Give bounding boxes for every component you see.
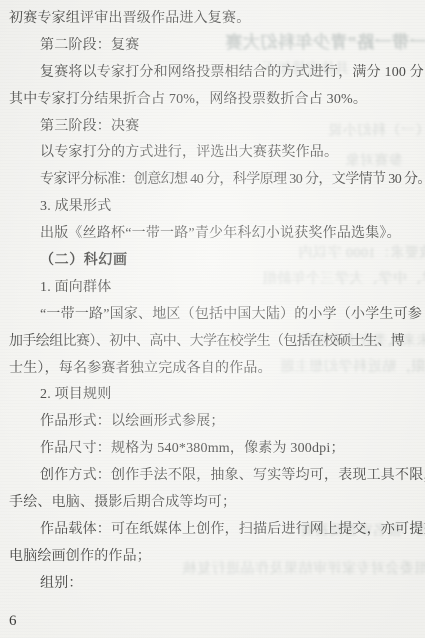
text-line: 其中专家打分结果折合占 70%，网络投票数折合占 30%。 — [9, 87, 420, 114]
text-line: 3. 成果形式 — [9, 194, 420, 221]
text-line: 专家评分标准：创意幻想 40 分，科学原理 30 分，文学情节 30 分。 — [9, 167, 420, 194]
text-line: 2. 项目规则 — [9, 382, 420, 409]
section-heading: （二）科幻画 — [9, 248, 420, 275]
text-line: 电脑绘画创作的作品； — [9, 544, 420, 571]
text-line: 加手绘组比赛）、初中、高中、大学在校学生（包括在校硕士生、博 — [9, 329, 420, 356]
text-line: 出版《丝路杯“一带一路”青少年科幻小说获奖作品选集》。 — [9, 221, 420, 248]
text-line: 复赛将以专家打分和网络投票相结合的方式进行，满分 100 分， — [9, 60, 420, 87]
text-line: “一带一路”国家、地区（包括中国大陆）的小学（小学生可参 — [9, 302, 420, 329]
text-line: 作品形式：以绘画形式参展； — [9, 409, 420, 436]
scanned-document-page: 2018 年丝路杯“一带一路”青少年科幻大赛 具体安排如下 （一）科幻小说 参赛… — [0, 0, 425, 638]
text-line: 手绘、电脑、摄影后期合成等均可； — [9, 490, 420, 517]
text-line: 1. 面向群体 — [9, 275, 420, 302]
text-line: 第三阶段：决赛 — [9, 114, 420, 141]
text-line: 作品载体：可在纸媒体上创作，扫描后进行网上提交，亦可提交 — [9, 517, 420, 544]
text-line: 士生），每名参赛者独立完成各自的作品。 — [9, 356, 420, 383]
text-line: 创作方式：创作手法不限，抽象、写实等均可，表现工具不限， — [9, 463, 420, 490]
text-line: 作品尺寸：规格为 540*380mm，像素为 300dpi； — [9, 436, 420, 463]
text-line: 组别： — [9, 571, 420, 598]
text-line: 以专家打分的方式进行，评选出大赛获奖作品。 — [9, 140, 420, 167]
document-body: 初赛专家组评审出晋级作品进入复赛。 第二阶段：复赛 复赛将以专家打分和网络投票相… — [9, 6, 420, 598]
text-line: 初赛专家组评审出晋级作品进入复赛。 — [9, 6, 420, 33]
text-line: 第二阶段：复赛 — [9, 33, 420, 60]
page-number: 6 — [9, 613, 17, 630]
